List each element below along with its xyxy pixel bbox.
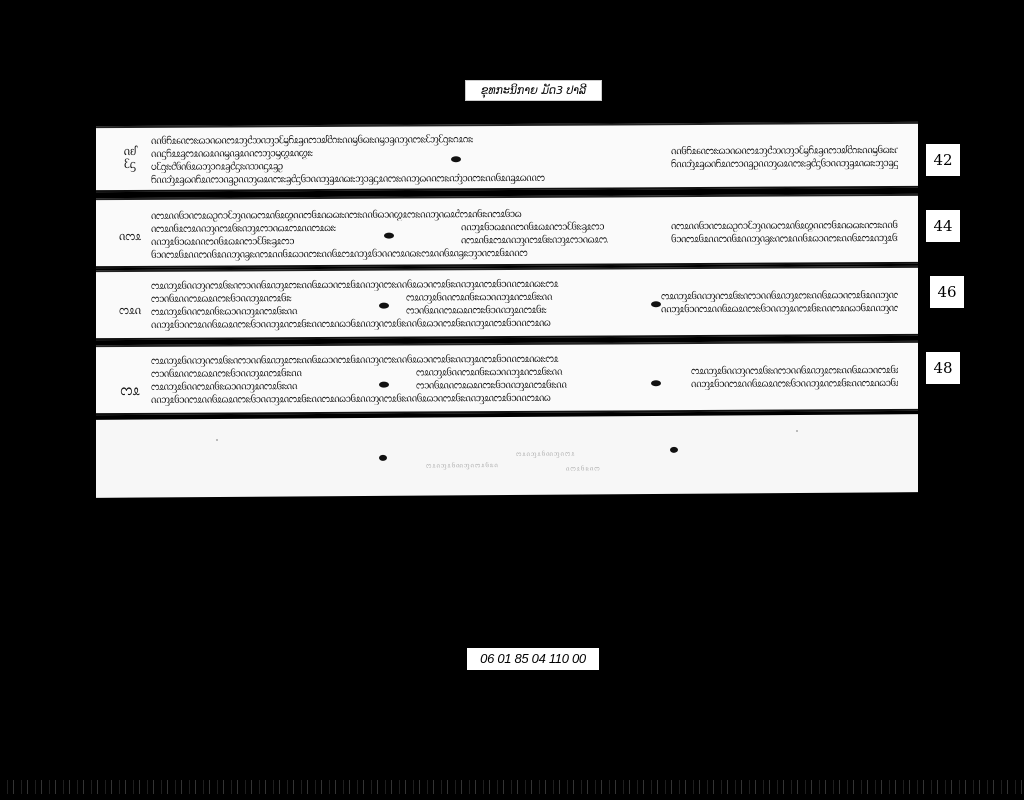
text-line: ᦂᦱᦵᦑᦸᦶᦂᦸᦒᦸᦵᦂᦰᦑᦱᦶᦀᦸᦵᦂᦸᦑᦰ	[406, 304, 598, 317]
folio-margin-mark: ᦂᦸᦵ	[118, 304, 142, 317]
manuscript-leaf-48: ᦂᦸ ᦂᦸᦵᦀᦸᦑᦶᦀᦵᦂᦸᦑᦰᦵᦂᦱᦶᦑᦸᦵᦀᦸᦂᦰᦶᦑᦸᦒᦱᦵᦂᦸᦑᦸᦶᦀᦵ…	[96, 341, 918, 415]
blank-manuscript-leaf: ᦂᦸᦵᦀᦸᦑᦶᦀᦵᦂᦸ ᦂᦸᦵᦀᦸᦑᦶᦀᦵᦂᦸᦑᦰᦵ ᦵᦂᦸᦑᦰᦵᦂ	[96, 414, 918, 498]
manuscript-leaf-46: ᦂᦸᦵ ᦂᦸᦵᦀᦸᦑᦶᦀᦵᦂᦸᦑᦰᦵᦂᦱᦶᦑᦸᦵᦀᦸᦂᦰᦶᦑᦸᦒᦱᦵᦂᦸᦑᦸᦶᦀ…	[96, 266, 918, 340]
text-line: ᦆᦶᦁᦸᦃᦒᦵᦆᦸᦵᦂᦱᦵᦃᦳᦶᦀᦒᦸᦵᦂᦰᦃᦺᦓᦑᦱᦶᦀᦃᦸᦵᦒᦰᦀᦱᦃᦓᦸᦵ…	[671, 157, 898, 170]
folio-margin-mark: ᦵᦊ ᦷᦓ	[118, 145, 142, 171]
page-number-label: 44	[926, 210, 960, 242]
leaf-text-block: ᦶᦑᦆᦸᧈᦵᦂᦰᦒᦱᦵᦒᦵᦂᦸᦀᦺᦉᦵᦀᦱᦷᦙᦆᦸᦃᦵᦂᦱᦾᦺᦅᦰᦶᦙᦑᦒᦰᦵᦙ…	[151, 131, 898, 184]
text-line: ᦂᦱᦵᦑᦸᦶᦂᦸᦒᦸᦵᦂᦰᦑᦱᦶᦀᦸᦵᦂᦸᦑᦰᦶ	[151, 367, 338, 380]
text-line: ᦂᦸᦵᦀᦸᦑᦶᦂᦸᦵᦑᦰᦒᦱᦶᦀᦸᦵᦂᦸᦑᦰᦶ	[151, 305, 378, 318]
text-line: ᦶᦀᦸᦑᦱᦒᦸᦶᦂᦵᦑᦸᦒᦸᦵᦂᦱᦷᦑᦰᦃᦸᦂᦱ	[151, 235, 358, 248]
text-line: ᦂᦸᦵᦀᦸᦑᦶᦂᦸᦵᦑᦰᦒᦱᦶᦀᦸᦵᦂᦸᦑᦰᦶ	[406, 291, 598, 304]
text-line: ᦶᦓᦆᦸᦸᦃᦂᦸᦵᦒᦸᦶᦙᦵᦃᦸᦶᦂᦀᦱᦙᦖᦸᦵᦖᦰ	[151, 147, 373, 160]
text-line: ᦂᦱᦵᦑᦸᦶᦂᦸᦒᦸᦵᦂᦰᦑᦱᦶᦀᦸᦵᦂᦸᦑᦰᦶ	[416, 378, 628, 391]
speck	[216, 439, 218, 441]
text-line: ᦶᦀᦸᦑᦱᦵᦂᦸᦶᦑᦸᦒᦸᦵᦂᦰᦑᦱᦶᦀᦸᦵᦂᦸᦑᦰᦶᦂᦸᦵᦒᦱᦑᦸᦶᦀᦵᦂᦸᦑ…	[691, 377, 898, 390]
text-line: ᦵᦂᦸᦵᦑᦸᦂᦸᦶᦀᦵᦂᦸᦑᦰᦵᦀᦸᦂᦱᦵᦒᦸᦂᦸᦶᦂᦸᦒᦰ	[151, 222, 358, 235]
scan-edge-noise	[0, 780, 1024, 794]
text-line: ᦶᦀᦸᦑᦱᦵᦂᦸᦶᦑᦸᦒᦸᦵᦂᦰᦑᦱᦶᦀᦸᦵᦂᦸᦑᦰᦶᦂᦸᦵᦒᦱᦑᦸᦶᦀᦵᦂᦸᦑ…	[151, 390, 898, 406]
string-hole	[384, 233, 394, 239]
text-line: ᦑᦱᦵᦂᦸᦑᦸᦶᦂᦵᦑᦸᦶᦀᦵᦃᦰᦵᦂᦸᦶᦑᦸᦒᦱᦵᦂᦰᦶᦑᦸᦂᦸᦵᦀᦸᦑᦱᦶᦂ…	[671, 232, 898, 245]
text-line: ᦶᦑᦆᦸᧈᦵᦂᦰᦒᦱᦵᦒᦵᦂᦸᦀᦺᦉᦵᦀᦱᦷᦙᦆᦸᦃᦵᦂᦱᦾᦺᦅᦰᦶᦙᦑᦒᦰᦵᦙ…	[671, 144, 898, 157]
manuscript-leaf-44: ᦵᦂᦸ ᦵᦂᦸᦶᦑᦱᦵᦂᦸᦒᦳᦅᦱᦷᦀᦶᦒᦂᦸᦵᦑᦸᦖᦶᦂᦑᦸᦵᦒᦒᦰᦵᦂᦰᦶᦑ…	[96, 194, 918, 268]
text-line: ᦶᦀᦸᦑᦱᦵᦂᦸᦶᦑᦸᦒᦸᦵᦂᦰᦑᦱᦶᦀᦸᦵᦂᦸᦑᦰᦶᦂᦸᦵᦒᦱᦑᦸᦶᦀᦵᦂᦸᦑ…	[151, 315, 898, 331]
string-hole	[379, 382, 389, 388]
text-line: ᦑᦱᦵᦂᦸᦑᦸᦶᦂᦵᦑᦸᦶᦀᦵᦃᦰᦵᦂᦸᦶᦑᦸᦒᦱᦵᦂᦰᦶᦑᦸᦂᦸᦵᦀᦸᦑᦱᦶᦂ…	[151, 245, 898, 261]
text-line: ᦵᦂᦸᦵᦑᦸᦂᦸᦶᦀᦵᦂᦸᦑᦰᦵᦀᦸᦂᦱᦵᦒᦸᦂᦸᦶᦂᦸᦒᦰ	[461, 233, 608, 246]
string-hole	[379, 455, 387, 461]
leaf-text-block: ᦵᦂᦸᦶᦑᦱᦵᦂᦸᦒᦳᦅᦱᦷᦀᦶᦒᦂᦸᦵᦑᦸᦖᦶᦂᦑᦸᦵᦒᦒᦰᦵᦂᦰᦶᦑᦒᦱᦵᦖ…	[151, 206, 898, 260]
page-number-label: 48	[926, 352, 960, 384]
string-hole	[379, 303, 389, 309]
speck	[796, 430, 798, 432]
leaf-text-block: ᦂᦸᦵᦀᦸᦑᦶᦀᦵᦂᦸᦑᦰᦵᦂᦱᦶᦑᦸᦵᦀᦸᦂᦰᦶᦑᦸᦒᦱᦵᦂᦸᦑᦸᦶᦀᦵᦂᦰᦶ…	[151, 351, 898, 407]
text-line: ᦆᦶᦁᦸᦃᦒᦵᦆᦸᦵᦂᦱᦵᦃᦳᦶᦀᦒᦸᦵᦂᦰᦃᦺᦓᦑᦱᦶᦀᦃᦸᦵᦒᦰᦀᦱᦃᦓᦸᦵ…	[151, 170, 898, 186]
string-hole	[651, 301, 661, 307]
collection-title-label: ຂຸທກະນິກາຍ ມັດ3 ປາລີ	[465, 80, 602, 101]
text-line: ᦵᦂᦸᦶᦑᦱᦵᦂᦸᦒᦳᦅᦱᦷᦀᦶᦒᦂᦸᦵᦑᦸᦖᦶᦂᦑᦸᦵᦒᦒᦰᦵᦂᦰᦶᦑᦒᦱᦵᦖ…	[671, 219, 898, 232]
faint-text: ᦂᦸᦵᦀᦸᦑᦶᦀᦵᦂᦸᦑᦰᦵ	[426, 461, 499, 471]
manuscript-leaf-42: ᦵᦊ ᦷᦓ ᦶᦑᦆᦸᧈᦵᦂᦰᦒᦱᦵᦒᦵᦂᦸᦀᦺᦉᦵᦀᦱᦷᦙᦆᦸᦃᦵᦂᦱᦾᦺᦅᦰᦶ…	[96, 122, 918, 192]
string-hole	[670, 447, 678, 453]
text-line: ᦶᦀᦸᦑᦱᦵᦂᦸᦶᦑᦸᦒᦸᦵᦂᦰᦑᦱᦶᦀᦸᦵᦂᦸᦑᦰᦶᦂᦸᦵᦒᦱᦑᦸᦶᦀᦵᦂᦸᦑ…	[661, 302, 898, 315]
text-line: ᦂᦸᦵᦀᦸᦑᦶᦂᦸᦵᦑᦰᦒᦱᦶᦀᦸᦵᦂᦸᦑᦰᦶ	[416, 365, 628, 378]
page-number-label: 46	[930, 276, 964, 308]
faint-text: ᦵᦂᦸᦑᦰᦵᦂ	[566, 464, 601, 473]
folio-margin-mark: ᦂᦸ	[118, 383, 142, 396]
text-line: ᦂᦸᦵᦀᦸᦑᦶᦀᦵᦂᦸᦑᦰᦵᦂᦱᦶᦑᦸᦵᦀᦸᦂᦰᦶᦑᦸᦒᦱᦵᦂᦸᦑᦸᦶᦀᦵᦂᦰᦶ…	[661, 289, 898, 302]
folio-margin-mark: ᦵᦂᦸ	[118, 230, 142, 243]
catalog-code-label: 06 01 85 04 110 00	[467, 648, 599, 670]
text-line: ᦢᦷᦋᦰᦺᦑᦵᦑᦸᦒᦀᦱᦅᦸᦃᦺᦓᦰᦵᦉᦵᦓᦸᦃᦳ	[151, 160, 373, 173]
text-line: ᦂᦱᦵᦑᦸᦶᦂᦸᦒᦸᦵᦂᦰᦑᦱᦶᦀᦸᦵᦂᦸᦑᦰ	[151, 292, 378, 305]
text-line: ᦂᦸᦵᦀᦸᦑᦶᦂᦸᦵᦑᦰᦒᦱᦶᦀᦸᦵᦂᦸᦑᦰᦶ	[151, 380, 338, 393]
leaf-text-block: ᦂᦸᦵᦀᦸᦑᦶᦀᦵᦂᦸᦑᦰᦵᦂᦱᦶᦑᦸᦵᦀᦸᦂᦰᦶᦑᦸᦒᦱᦵᦂᦸᦑᦸᦶᦀᦵᦂᦰᦶ…	[151, 276, 898, 332]
text-line: ᦶᦀᦸᦑᦱᦒᦸᦶᦂᦵᦑᦸᦒᦸᦵᦂᦱᦷᦑᦰᦃᦸᦂᦱ	[461, 220, 608, 233]
faint-text: ᦂᦸᦵᦀᦸᦑᦶᦀᦵᦂᦸ	[516, 450, 575, 459]
text-line: ᦂᦸᦵᦀᦸᦑᦶᦀᦵᦂᦸᦑᦰᦵᦂᦱᦶᦑᦸᦵᦀᦸᦂᦰᦶᦑᦸᦒᦱᦵᦂᦸᦑᦸᦶᦀᦵᦂᦰᦶ…	[691, 364, 898, 377]
string-hole	[651, 380, 661, 386]
page-number-label: 42	[926, 144, 960, 176]
string-hole	[451, 156, 461, 162]
